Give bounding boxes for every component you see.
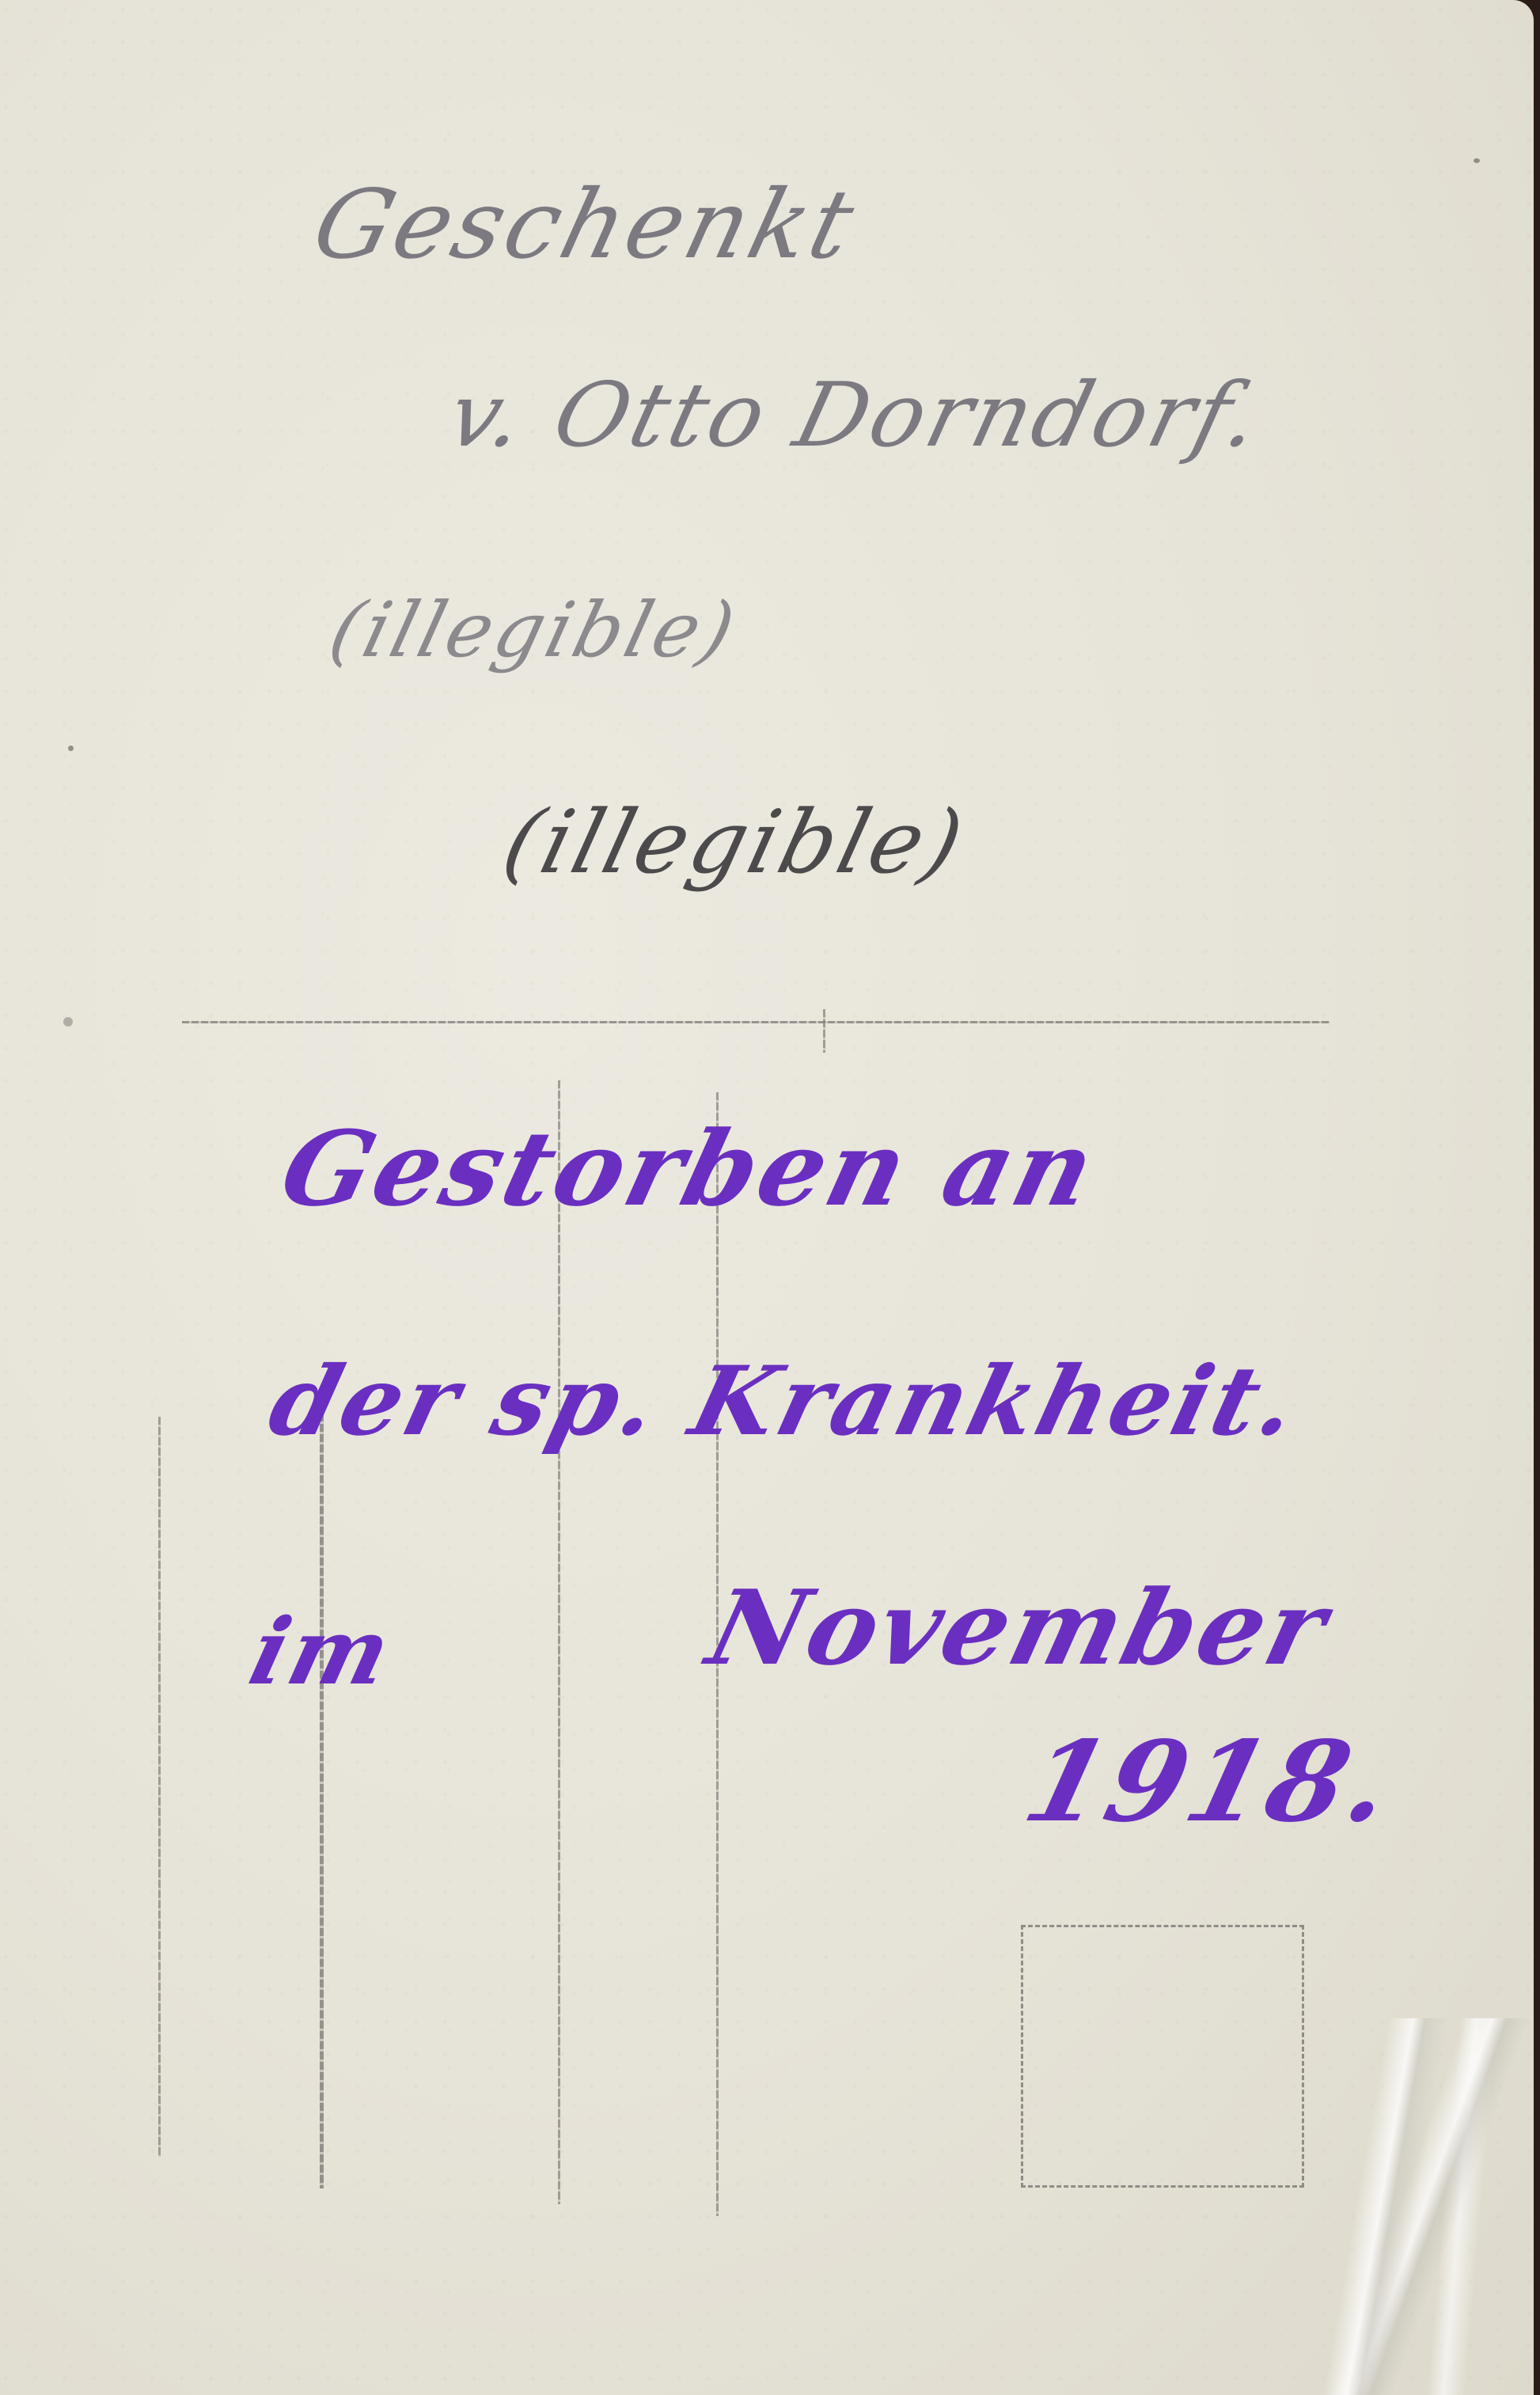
stamp-placement-box <box>1021 1925 1304 2188</box>
center-divider-tick <box>823 1009 825 1053</box>
pencil-line-3: (illegible) <box>321 586 746 674</box>
address-line-2 <box>320 1393 324 2188</box>
address-line-3 <box>558 1080 560 2204</box>
top-divider-line <box>182 1021 1329 1023</box>
address-line-1 <box>158 1417 161 2157</box>
ink-line-krankheit: der sp. Krankheit. <box>259 1346 1311 1457</box>
paper-speck <box>63 1017 73 1027</box>
paper-crease-damage <box>1298 2018 1534 2395</box>
ink-word-november: November <box>697 1567 1341 1688</box>
ink-year: 1918. <box>1013 1717 1408 1847</box>
postcard-back: Geschenkt v. Otto Dorndorf. (illegible) … <box>0 0 1534 2395</box>
ink-word-im: im <box>240 1599 404 1706</box>
ink-line-gestorben: Gestorben an <box>270 1108 1109 1229</box>
paper-speck <box>68 746 74 751</box>
paper-speck <box>1474 158 1480 163</box>
pencil-line-4: (illegible) <box>494 791 976 893</box>
pencil-line-donor-name: v. Otto Dorndorf. <box>438 364 1273 467</box>
background-edge <box>1534 0 1540 2395</box>
pencil-line-geschenkt: Geschenkt <box>303 170 867 280</box>
